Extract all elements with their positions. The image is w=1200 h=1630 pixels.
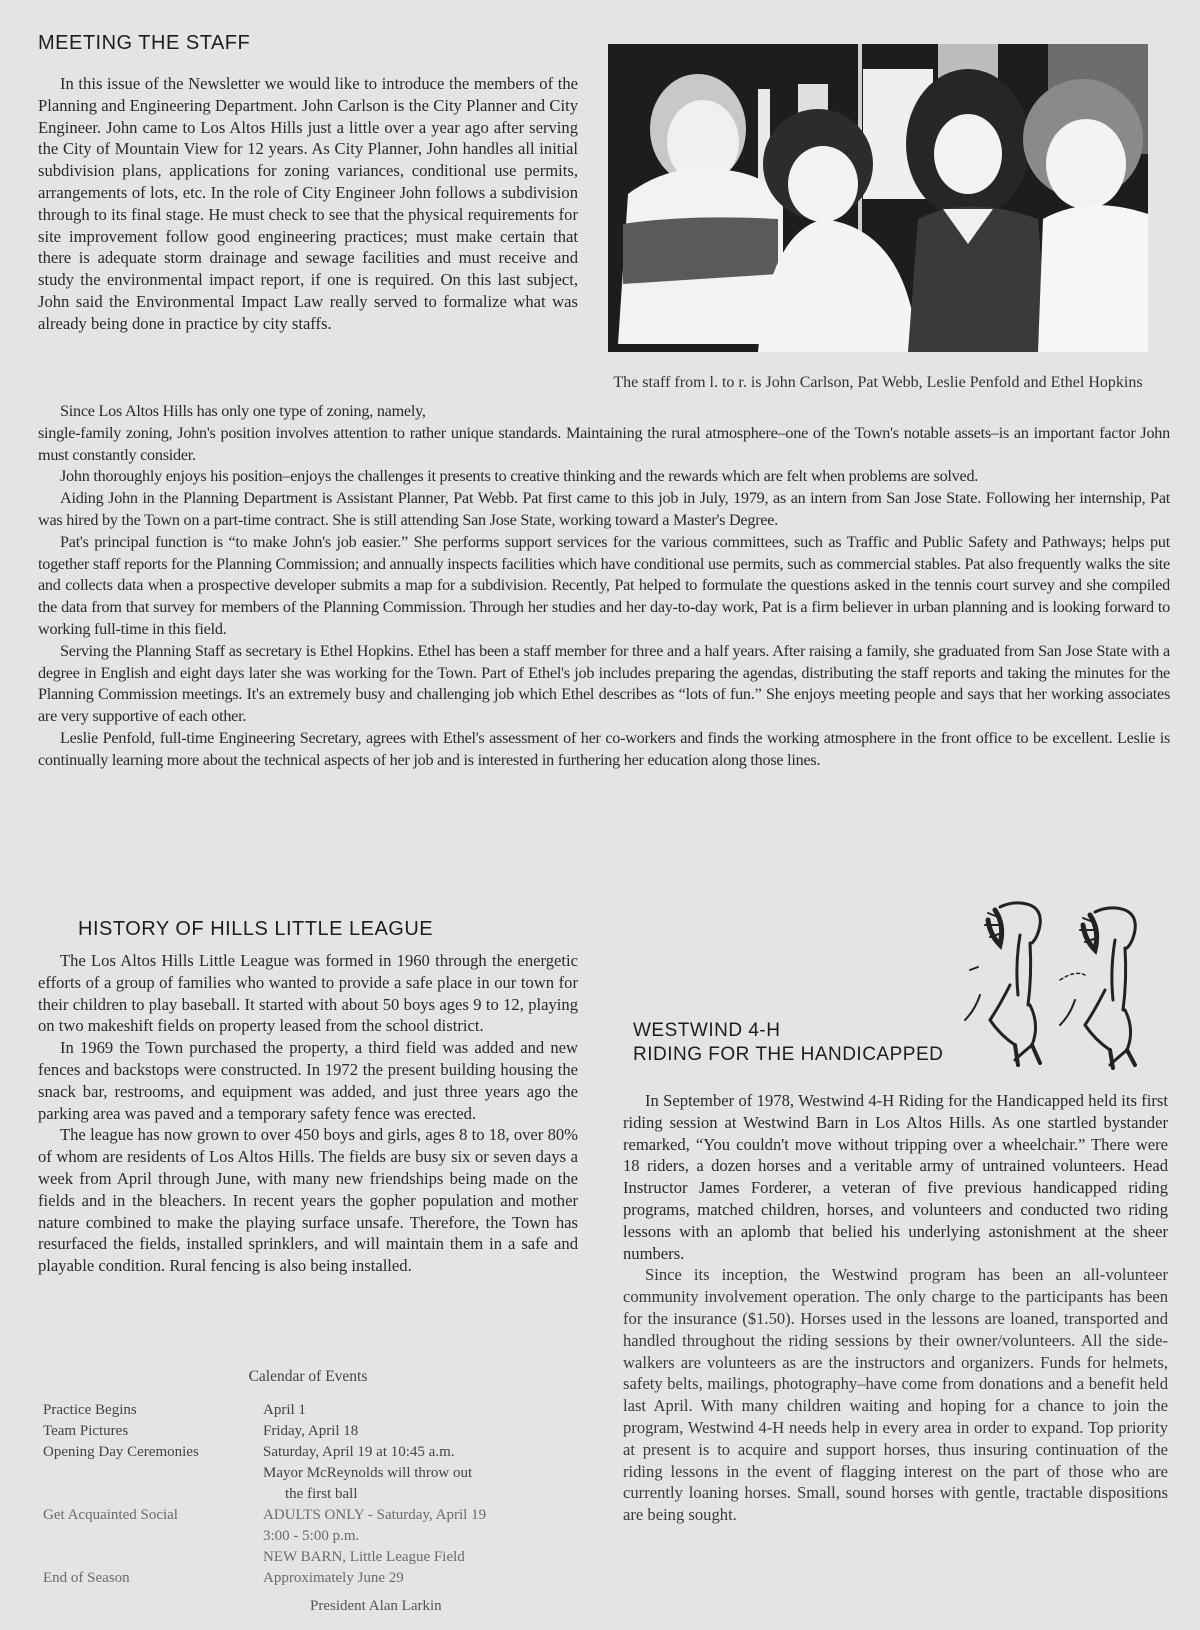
paragraph-westwind-program: Since its inception, the Westwind progra…	[623, 1264, 1168, 1526]
calendar-row-cont: the first ball	[43, 1484, 563, 1505]
calendar-detail: NEW BARN, Little League Field	[263, 1547, 563, 1568]
calendar-row-cont: Mayor McReynolds will throw out	[43, 1463, 563, 1484]
meeting-the-staff-intro: In this issue of the Newsletter we would…	[38, 73, 578, 335]
staff-photo-figure: The staff from l. to r. is John Carlson,…	[608, 44, 1148, 394]
staff-photo-caption: The staff from l. to r. is John Carlson,…	[608, 372, 1148, 394]
calendar-event: Practice Begins	[43, 1400, 263, 1421]
westwind-body: In September of 1978, Westwind 4-H Ridin…	[623, 1090, 1168, 1526]
intro-paragraph: In this issue of the Newsletter we would…	[38, 73, 578, 335]
paragraph-zoning-cont: single-family zoning, John's position in…	[38, 423, 1170, 467]
paragraph-westwind-first-session: In September of 1978, Westwind 4-H Ridin…	[623, 1090, 1168, 1264]
paragraph-ethel-hopkins: Serving the Planning Staff as secretary …	[38, 641, 1170, 728]
westwind-heading: WESTWIND 4-H RIDING FOR THE HANDICAPPED	[633, 1019, 943, 1067]
westwind-heading-line1: WESTWIND 4-H	[633, 1019, 943, 1043]
calendar-row: End of Season Approximately June 29	[43, 1568, 563, 1589]
paragraph-league-founding: The Los Altos Hills Little League was fo…	[38, 950, 578, 1037]
paragraph-leslie-penfold: Leslie Penfold, full-time Engineering Se…	[38, 728, 1170, 772]
westwind-heading-line2: RIDING FOR THE HANDICAPPED	[633, 1043, 943, 1067]
staff-photo	[608, 44, 1148, 352]
calendar-date: Friday, April 18	[263, 1421, 563, 1442]
meeting-the-staff-body: Since Los Altos Hills has only one type …	[38, 401, 1170, 772]
meeting-the-staff-heading: MEETING THE STAFF	[38, 32, 250, 55]
calendar-row: Practice Begins April 1	[43, 1400, 563, 1421]
calendar-row: Team Pictures Friday, April 18	[43, 1421, 563, 1442]
calendar-event: Opening Day Ceremonies	[43, 1442, 263, 1463]
paragraph-league-growth: The league has now grown to over 450 boy…	[38, 1124, 578, 1277]
little-league-body: The Los Altos Hills Little League was fo…	[38, 950, 578, 1277]
horses-illustration-icon	[960, 895, 1160, 1075]
calendar-event: Get Acquainted Social	[43, 1505, 263, 1526]
calendar-heading: Calendar of Events	[38, 1368, 578, 1386]
calendar-detail: the first ball	[263, 1484, 563, 1505]
calendar-date: Approximately June 29	[263, 1568, 563, 1589]
newsletter-page: MEETING THE STAFF In this issue of the N…	[0, 0, 1200, 1630]
paragraph-john-enjoys: John thoroughly enjoys his position–enjo…	[38, 466, 1170, 488]
calendar-row: Get Acquainted Social ADULTS ONLY - Satu…	[43, 1505, 563, 1526]
calendar-row: Opening Day Ceremonies Saturday, April 1…	[43, 1442, 563, 1463]
calendar-date: Saturday, April 19 at 10:45 a.m.	[263, 1442, 563, 1463]
calendar-date: ADULTS ONLY - Saturday, April 19	[263, 1505, 563, 1526]
calendar-detail: Mayor McReynolds will throw out	[263, 1463, 563, 1484]
calendar-row-cont: NEW BARN, Little League Field	[43, 1547, 563, 1568]
paragraph-zoning-start: Since Los Altos Hills has only one type …	[38, 401, 578, 423]
calendar-date: April 1	[263, 1400, 563, 1421]
calendar-of-events-table: Practice Begins April 1 Team Pictures Fr…	[43, 1400, 563, 1589]
president-signature: President Alan Larkin	[310, 1598, 442, 1615]
little-league-heading: HISTORY OF HILLS LITTLE LEAGUE	[78, 918, 433, 941]
calendar-detail: 3:00 - 5:00 p.m.	[263, 1526, 563, 1547]
paragraph-pat-webb: Aiding John in the Planning Department i…	[38, 488, 1170, 532]
staff-photo-image	[608, 44, 1148, 352]
calendar-event: End of Season	[43, 1568, 263, 1589]
calendar-event: Team Pictures	[43, 1421, 263, 1442]
calendar-row-cont: 3:00 - 5:00 p.m.	[43, 1526, 563, 1547]
paragraph-league-property: In 1969 the Town purchased the property,…	[38, 1037, 578, 1124]
paragraph-pat-function: Pat's principal function is “to make Joh…	[38, 532, 1170, 641]
